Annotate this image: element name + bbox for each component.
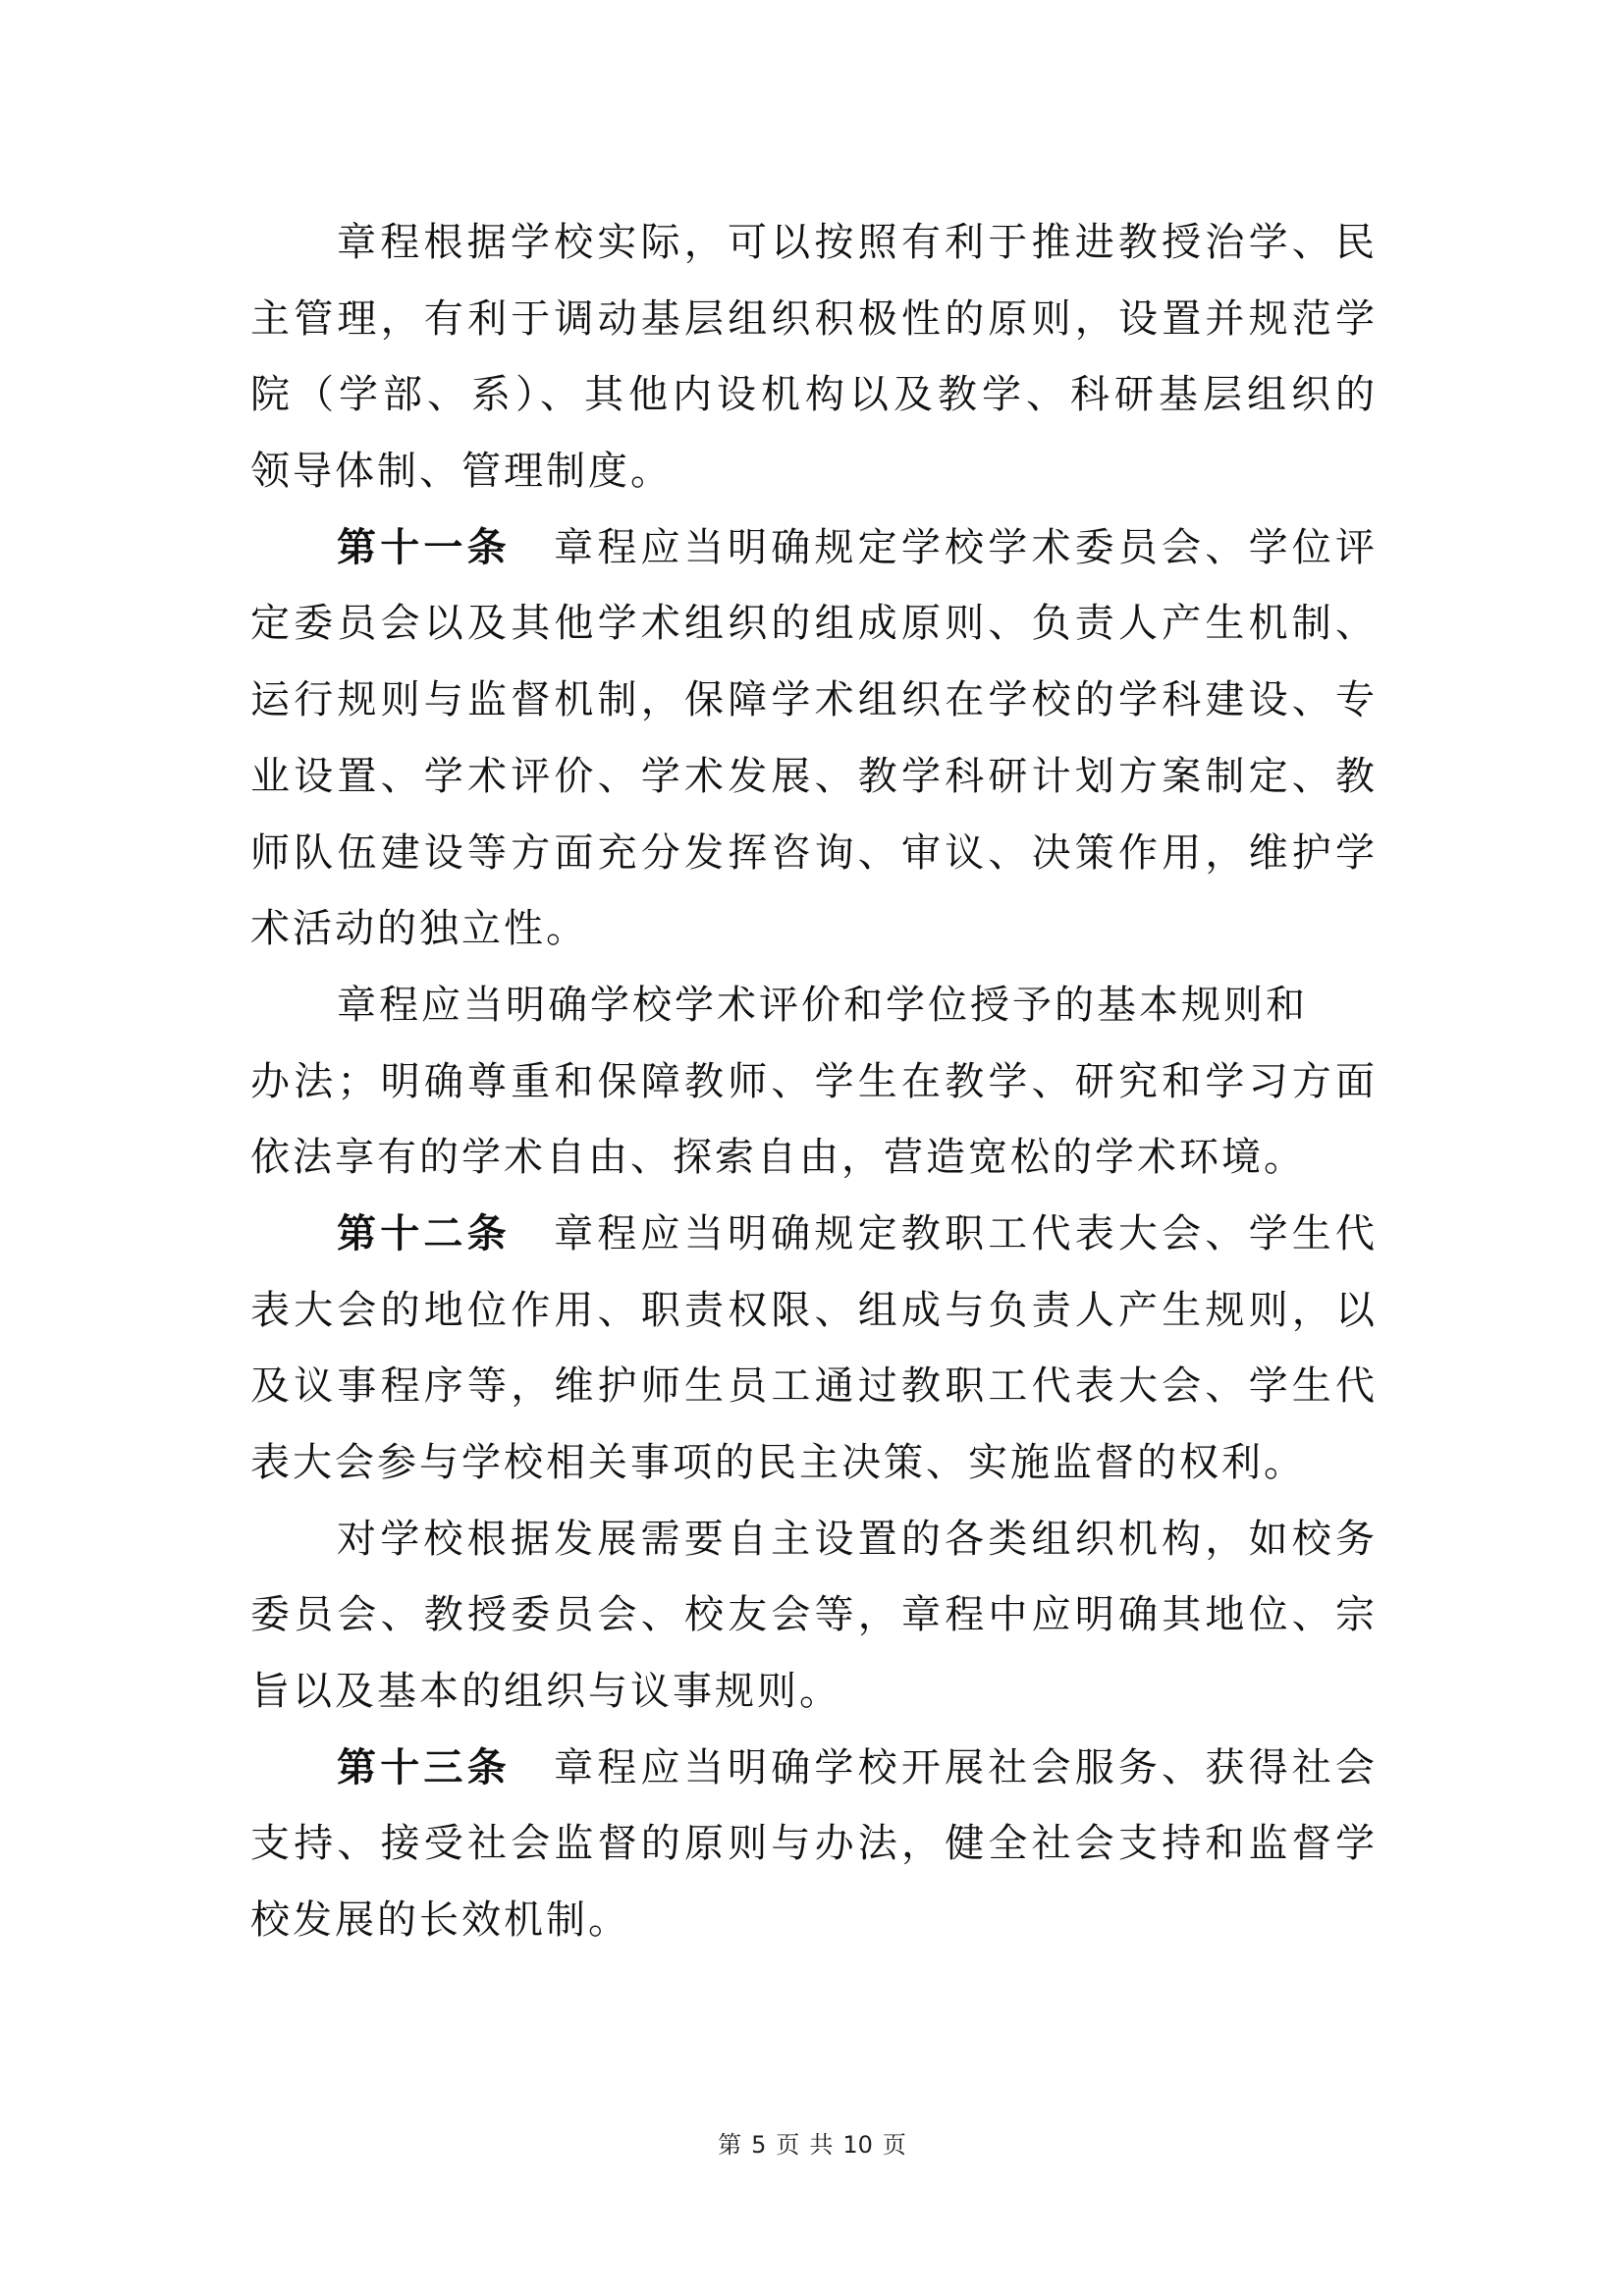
text-line: 主管理，有利于调动基层组织积极性的原则，设置并规范学 bbox=[250, 282, 1375, 358]
text-line: 章程应当明确学校学术评价和学位授予的基本规则和 bbox=[250, 968, 1375, 1044]
article-number-label: 第十三条 bbox=[337, 1745, 511, 1790]
text-line: 校发展的长效机制。 bbox=[250, 1883, 1375, 1959]
line-text: 校发展的长效机制。 bbox=[250, 1897, 630, 1943]
text-line: 办法；明确尊重和保障教师、学生在教学、研究和学习方面 bbox=[250, 1044, 1375, 1121]
footer-page-word: 页 bbox=[776, 2131, 799, 2159]
article-first-line: 第十二条 章程应当明确规定教职工代表大会、学生代 bbox=[250, 1197, 1375, 1273]
footer-total-prefix: 共 bbox=[809, 2131, 833, 2159]
article-first-line: 第十三条 章程应当明确学校开展社会服务、获得社会 bbox=[250, 1731, 1375, 1807]
text-line: 领导体制、管理制度。 bbox=[250, 434, 1375, 510]
line-text: 委员会、教授委员会、校友会等，章程中应明确其地位、宗 bbox=[250, 1592, 1375, 1637]
line-text: 领导体制、管理制度。 bbox=[250, 449, 673, 494]
text-line: 运行规则与监督机制，保障学术组织在学校的学科建设、专 bbox=[250, 663, 1375, 739]
line-text: 章程应当明确规定学校学术委员会、学位评 bbox=[554, 525, 1375, 570]
text-line: 院（学部、系）、其他内设机构以及教学、科研基层组织的 bbox=[250, 357, 1375, 434]
document-body: 章程根据学校实际，可以按照有利于推进教授治学、民主管理，有利于调动基层组织积极性… bbox=[250, 205, 1375, 1959]
text-line: 旨以及基本的组织与议事规则。 bbox=[250, 1654, 1375, 1731]
line-text: 及议事程序等，维护师生员工通过教职工代表大会、学生代 bbox=[250, 1363, 1375, 1409]
line-text: 章程应当明确学校开展社会服务、获得社会 bbox=[554, 1745, 1375, 1790]
line-text: 章程根据学校实际，可以按照有利于推进教授治学、民 bbox=[337, 220, 1375, 265]
line-text: 师队伍建设等方面充分发挥咨询、审议、决策作用，维护学 bbox=[250, 830, 1375, 876]
text-line: 表大会的地位作用、职责权限、组成与负责人产生规则，以 bbox=[250, 1273, 1375, 1350]
line-text: 对学校根据发展需要自主设置的各类组织机构，如校务 bbox=[337, 1517, 1375, 1562]
line-text: 表大会的地位作用、职责权限、组成与负责人产生规则，以 bbox=[250, 1288, 1375, 1333]
article-first-line: 第十一条 章程应当明确规定学校学术委员会、学位评 bbox=[250, 510, 1375, 587]
text-line: 委员会、教授委员会、校友会等，章程中应明确其地位、宗 bbox=[250, 1577, 1375, 1654]
document-page: 章程根据学校实际，可以按照有利于推进教授治学、民主管理，有利于调动基层组织积极性… bbox=[0, 0, 1624, 2296]
text-line: 依法享有的学术自由、探索自由，营造宽松的学术环境。 bbox=[250, 1120, 1375, 1197]
text-line: 章程根据学校实际，可以按照有利于推进教授治学、民 bbox=[250, 205, 1375, 282]
line-text: 旨以及基本的组织与议事规则。 bbox=[250, 1669, 841, 1714]
line-text: 定委员会以及其他学术组织的组成原则、负责人产生机制、 bbox=[250, 601, 1375, 646]
line-text: 院（学部、系）、其他内设机构以及教学、科研基层组织的 bbox=[250, 372, 1375, 417]
article-spacer bbox=[511, 1745, 554, 1790]
line-text: 术活动的独立性。 bbox=[250, 906, 588, 951]
text-line: 术活动的独立性。 bbox=[250, 891, 1375, 968]
text-line: 业设置、学术评价、学术发展、教学科研计划方案制定、教 bbox=[250, 739, 1375, 816]
article-number-label: 第十一条 bbox=[337, 525, 511, 570]
article-spacer bbox=[511, 525, 554, 570]
footer-suffix: 页 bbox=[883, 2131, 906, 2159]
text-line: 支持、接受社会监督的原则与办法，健全社会支持和监督学 bbox=[250, 1806, 1375, 1883]
total-pages-number: 10 bbox=[842, 2131, 873, 2159]
line-text: 章程应当明确学校学术评价和学位授予的基本规则和 bbox=[337, 983, 1308, 1028]
line-text: 业设置、学术评价、学术发展、教学科研计划方案制定、教 bbox=[250, 754, 1375, 799]
article-spacer bbox=[511, 1211, 554, 1256]
line-text: 办法；明确尊重和保障教师、学生在教学、研究和学习方面 bbox=[250, 1059, 1375, 1104]
text-line: 定委员会以及其他学术组织的组成原则、负责人产生机制、 bbox=[250, 586, 1375, 663]
line-text: 表大会参与学校相关事项的民主决策、实施监督的权利。 bbox=[250, 1440, 1306, 1485]
text-line: 表大会参与学校相关事项的民主决策、实施监督的权利。 bbox=[250, 1425, 1375, 1502]
footer-prefix: 第 bbox=[718, 2131, 741, 2159]
current-page-number: 5 bbox=[751, 2131, 766, 2159]
line-text: 运行规则与监督机制，保障学术组织在学校的学科建设、专 bbox=[250, 677, 1375, 722]
text-line: 师队伍建设等方面充分发挥咨询、审议、决策作用，维护学 bbox=[250, 816, 1375, 892]
text-line: 及议事程序等，维护师生员工通过教职工代表大会、学生代 bbox=[250, 1349, 1375, 1425]
line-text: 主管理，有利于调动基层组织积极性的原则，设置并规范学 bbox=[250, 296, 1375, 342]
line-text: 支持、接受社会监督的原则与办法，健全社会支持和监督学 bbox=[250, 1821, 1375, 1866]
article-number-label: 第十二条 bbox=[337, 1211, 511, 1256]
line-text: 章程应当明确规定教职工代表大会、学生代 bbox=[554, 1211, 1375, 1256]
page-footer: 第5页共10页 bbox=[0, 2128, 1624, 2162]
line-text: 依法享有的学术自由、探索自由，营造宽松的学术环境。 bbox=[250, 1135, 1306, 1180]
text-line: 对学校根据发展需要自主设置的各类组织机构，如校务 bbox=[250, 1502, 1375, 1578]
